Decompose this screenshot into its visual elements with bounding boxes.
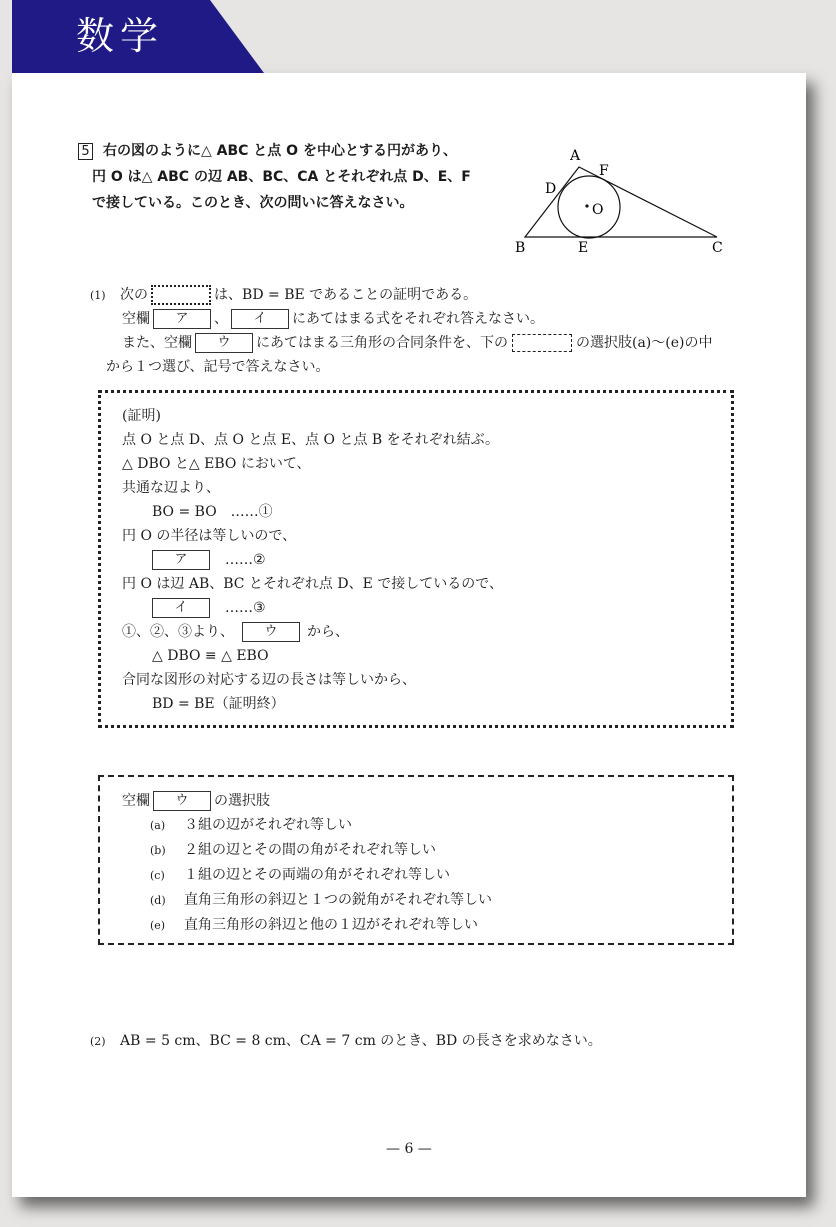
blank-u: ウ <box>153 791 211 811</box>
svg-text:A: A <box>569 148 581 164</box>
part2: (2) AB = 5 cm、BC = 8 cm、CA = 7 cm のとき、BD… <box>90 1029 602 1054</box>
part1-line3: また、空欄ウにあてはまる三角形の合同条件を、下のの選択肢(a)〜(e)の中 <box>122 331 712 355</box>
blank-i: イ <box>152 598 210 618</box>
choice-item: (d)直角三角形の斜辺と１つの鋭角がそれぞれ等しい <box>150 888 492 913</box>
svg-text:D: D <box>545 181 556 197</box>
proof-line: BD = BE（証明終） <box>122 692 503 716</box>
proof-line: ア……② <box>122 548 503 572</box>
choice-item: (b)２組の辺とその間の角がそれぞれ等しい <box>150 838 492 863</box>
part2-text: AB = 5 cm、BC = 8 cm、CA = 7 cm のとき、BD の長さ… <box>120 1033 602 1049</box>
proof-line: △ DBO と△ EBO において、 <box>122 452 503 476</box>
intro-line-1: 右の図のように△ ABC と点 O を中心とする円があり、 <box>103 143 457 159</box>
proof-line: 合同な図形の対応する辺の長さは等しいから、 <box>122 668 503 692</box>
question-number: 5 <box>78 143 93 160</box>
subject-banner: 数学 <box>12 0 264 73</box>
svg-text:C: C <box>712 240 723 256</box>
choice-item: (e)直角三角形の斜辺と他の１辺がそれぞれ等しい <box>150 913 492 938</box>
proof-line: 点 O と点 D、点 O と点 E、点 O と点 B をそれぞれ結ぶ。 <box>122 428 503 452</box>
proof-line: 円 O は辺 AB、BC とそれぞれ点 D、E で接しているので、 <box>122 572 503 596</box>
svg-text:B: B <box>515 240 525 256</box>
choices-header: 空欄ウの選択肢 <box>122 789 270 813</box>
choice-box-ref <box>512 334 572 352</box>
svg-text:E: E <box>578 240 588 256</box>
blank-u: ウ <box>242 622 300 642</box>
proof-line: イ……③ <box>122 596 503 620</box>
svg-text:F: F <box>599 163 609 179</box>
proof-title: (証明) <box>122 404 503 428</box>
part1-line4: から１つ選び、記号で答えなさい。 <box>106 355 329 379</box>
proof-line: 円 O の半径は等しいので、 <box>122 524 503 548</box>
choices-list: (a)３組の辺がそれぞれ等しい (b)２組の辺とその間の角がそれぞれ等しい (c… <box>150 813 492 938</box>
page-number: — 6 — <box>386 1141 432 1157</box>
proof-line: ①、②、③より、ウから、 <box>122 620 503 644</box>
blank-a: ア <box>152 550 210 570</box>
proof-line: △ DBO ≡ △ EBO <box>122 644 503 668</box>
proof-content: (証明) 点 O と点 D、点 O と点 E、点 O と点 B をそれぞれ結ぶ。… <box>122 404 503 716</box>
question-5-intro: 5右の図のように△ ABC と点 O を中心とする円があり、 円 O は△ AB… <box>78 138 471 216</box>
proof-box-ref <box>151 285 211 305</box>
part1-label: (1) <box>90 289 106 302</box>
part1-line2: 空欄ア、イにあてはまる式をそれぞれ答えなさい。 <box>122 307 544 331</box>
svg-text:O: O <box>592 202 603 218</box>
subject-title: 数学 <box>76 12 164 60</box>
proof-line: BO = BO ……① <box>122 500 503 524</box>
proof-line: 共通な辺より、 <box>122 476 503 500</box>
part1-line1: (1) 次のは、BD = BE であることの証明である。 <box>90 283 477 308</box>
blank-u: ウ <box>195 333 253 353</box>
triangle-incircle-figure: A F D O B E C <box>505 140 745 262</box>
choice-item: (a)３組の辺がそれぞれ等しい <box>150 813 492 838</box>
choice-item: (c)１組の辺とその両端の角がそれぞれ等しい <box>150 863 492 888</box>
intro-line-3: で接している。このとき、次の問いに答えなさい。 <box>78 190 471 216</box>
blank-i: イ <box>231 309 289 329</box>
blank-a: ア <box>153 309 211 329</box>
intro-line-2: 円 O は△ ABC の辺 AB、BC、CA とそれぞれ点 D、E、F <box>78 164 471 190</box>
part2-label: (2) <box>90 1035 106 1048</box>
